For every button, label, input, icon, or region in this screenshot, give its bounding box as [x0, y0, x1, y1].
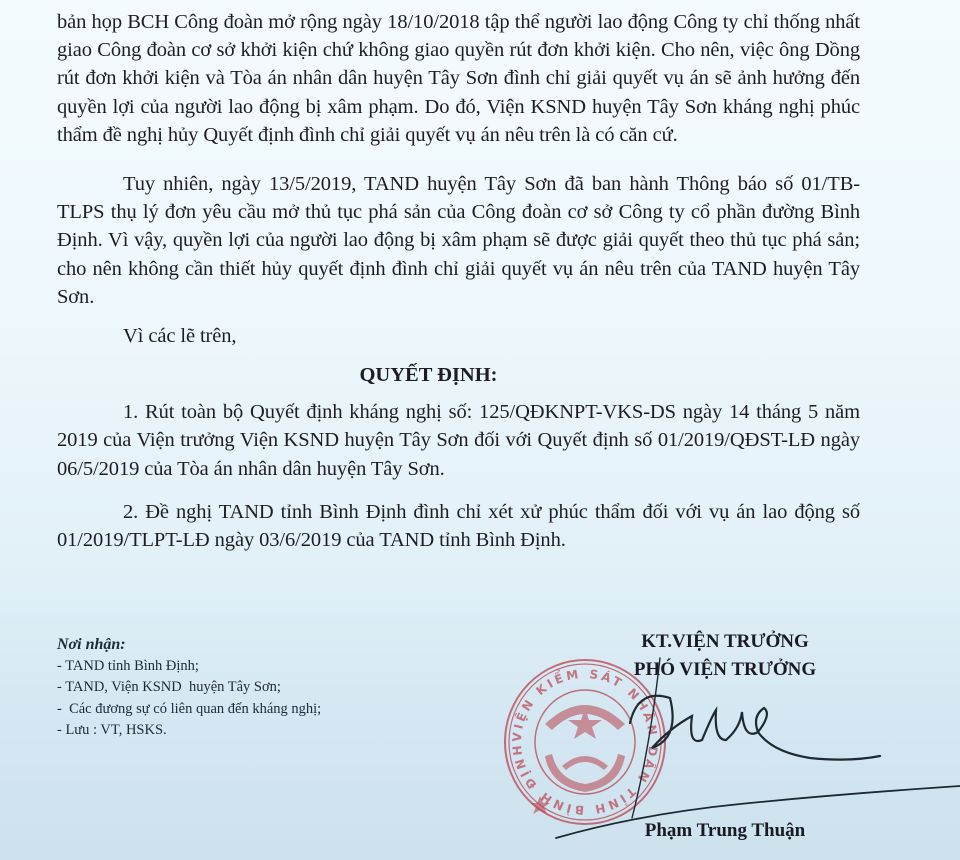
recipient-item: - TAND, Viện KSND huyện Tây Sơn;	[57, 677, 477, 699]
signature-block: KT.VIỆN TRƯỞNG PHÓ VIỆN TRƯỞNG VIỆN KIỂM…	[520, 628, 900, 860]
signer-name: Phạm Trung Thuận	[520, 820, 900, 842]
recipient-item: - Lưu : VT, HSKS.	[57, 720, 477, 742]
paragraph-reason: Vì các lẽ trên,	[57, 322, 860, 350]
decision-item-2: 2. Đề nghị TAND tỉnh Bình Định đình chỉ …	[57, 498, 860, 554]
decision-title: QUYẾT ĐỊNH:	[57, 361, 860, 389]
paragraph-union-meeting: bản họp BCH Công đoàn mở rộng ngày 18/10…	[57, 8, 860, 149]
recipients-block: Nơi nhận: - TAND tỉnh Bình Định; - TAND,…	[57, 634, 477, 742]
document-body: bản họp BCH Công đoàn mở rộng ngày 18/10…	[57, 8, 860, 554]
signature-title-line1: KT.VIỆN TRƯỞNG	[520, 628, 900, 655]
recipient-item: - TAND tỉnh Bình Định;	[57, 656, 477, 678]
recipient-item: - Các đương sự có liên quan đến kháng ng…	[57, 699, 477, 721]
paragraph-bankruptcy-notice: Tuy nhiên, ngày 13/5/2019, TAND huyện Tâ…	[57, 170, 860, 311]
recipients-label: Nơi nhận:	[57, 634, 477, 656]
decision-item-1: 1. Rút toàn bộ Quyết định kháng nghị số:…	[57, 398, 860, 483]
signature-title-line2: PHÓ VIỆN TRƯỞNG	[520, 656, 900, 683]
